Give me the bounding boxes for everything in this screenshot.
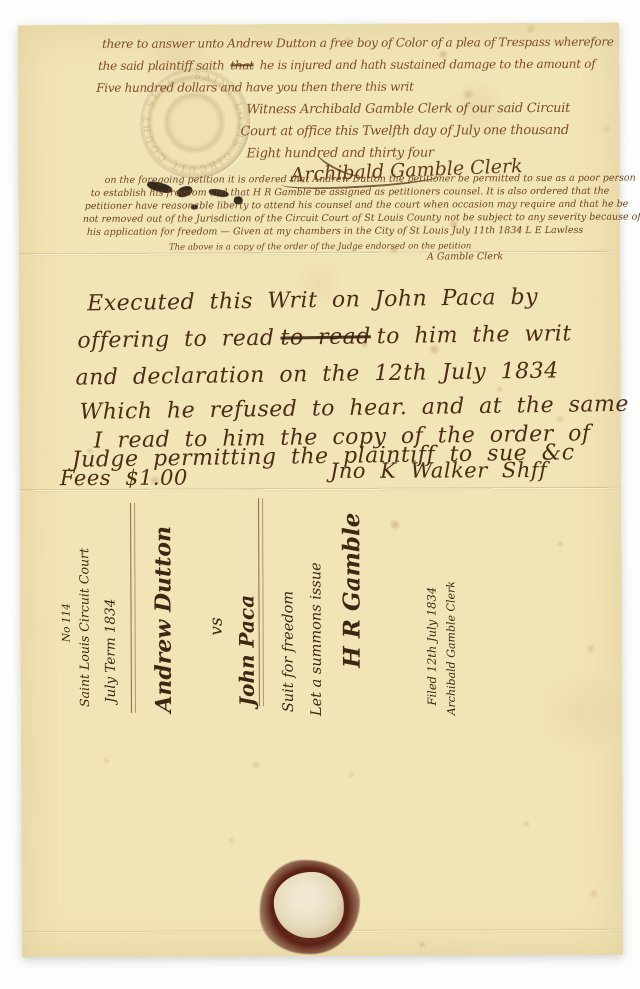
docket-rule-line bbox=[258, 498, 264, 706]
copy-note-signature: A Gamble Clerk bbox=[427, 251, 503, 262]
writ-line-segment: he is injured and hath sustained damage … bbox=[260, 57, 596, 72]
docket-order-note: Let a summons issue bbox=[308, 524, 325, 716]
return-line-segment: to him the writ bbox=[377, 321, 572, 349]
struck-words: to read bbox=[280, 324, 371, 350]
order-line: his application for freedom — Given at m… bbox=[87, 225, 583, 238]
return-line: offering to readto readto him the writ bbox=[77, 321, 572, 353]
embossed-seal-inner-ring bbox=[155, 83, 233, 161]
docket-case-number: No 114 bbox=[60, 596, 72, 642]
docket-court-name: Saint Louis Circuit Court bbox=[76, 505, 92, 707]
return-line: Which he refused to hear. and at the sam… bbox=[79, 392, 629, 425]
wax-seal-core bbox=[274, 872, 344, 938]
attestation-line: Witness Archibald Gamble Clerk of our sa… bbox=[246, 101, 570, 117]
order-line: petitioner have reasonable liberty to at… bbox=[85, 199, 629, 212]
return-line: and declaration on the 12th July 1834 bbox=[75, 358, 559, 390]
document-page: SAINT LOUIS CIRCUIT COURT SEAL there to … bbox=[18, 23, 623, 958]
return-line-segment: offering to read bbox=[77, 326, 275, 354]
docket-term: July Term 1834 bbox=[102, 553, 119, 703]
writ-line: Five hundred dollars and have you then t… bbox=[96, 80, 413, 95]
sheriff-signature: Jno K Walker Shff bbox=[330, 458, 548, 483]
writ-line: the said plaintiff saiththathe is injure… bbox=[98, 57, 595, 73]
order-line: to establish his freedom and that H R Ga… bbox=[91, 186, 610, 199]
order-line: not removed out of the Jurisdiction of t… bbox=[83, 212, 640, 225]
writ-line-segment: the said plaintiff saith bbox=[98, 58, 224, 73]
docket-defendant-name: John Paca bbox=[234, 556, 259, 706]
struck-word: that bbox=[230, 58, 253, 72]
docket-attorney-signature: H R Gamble bbox=[338, 538, 366, 668]
docket-rule-line bbox=[130, 503, 136, 713]
docket-plaintiff-name: Andrew Dutton bbox=[150, 505, 177, 713]
docket-case-type: Suit for freedom bbox=[280, 524, 297, 712]
attestation-line: Court at office this Twelfth day of July… bbox=[240, 123, 568, 139]
writ-line: there to answer unto Andrew Dutton a fre… bbox=[102, 35, 614, 51]
order-line: on the foregoing petition it is ordered … bbox=[105, 173, 636, 186]
docket-filed-date: Filed 12th July 1834 bbox=[424, 537, 439, 705]
return-line: Executed this Writ on John Paca by bbox=[87, 285, 538, 317]
fee-amount: Fees $1.00 bbox=[60, 466, 188, 491]
docket-clerk-signature: Archibald Gamble Clerk bbox=[444, 543, 458, 715]
docket-versus: vs bbox=[206, 586, 226, 666]
